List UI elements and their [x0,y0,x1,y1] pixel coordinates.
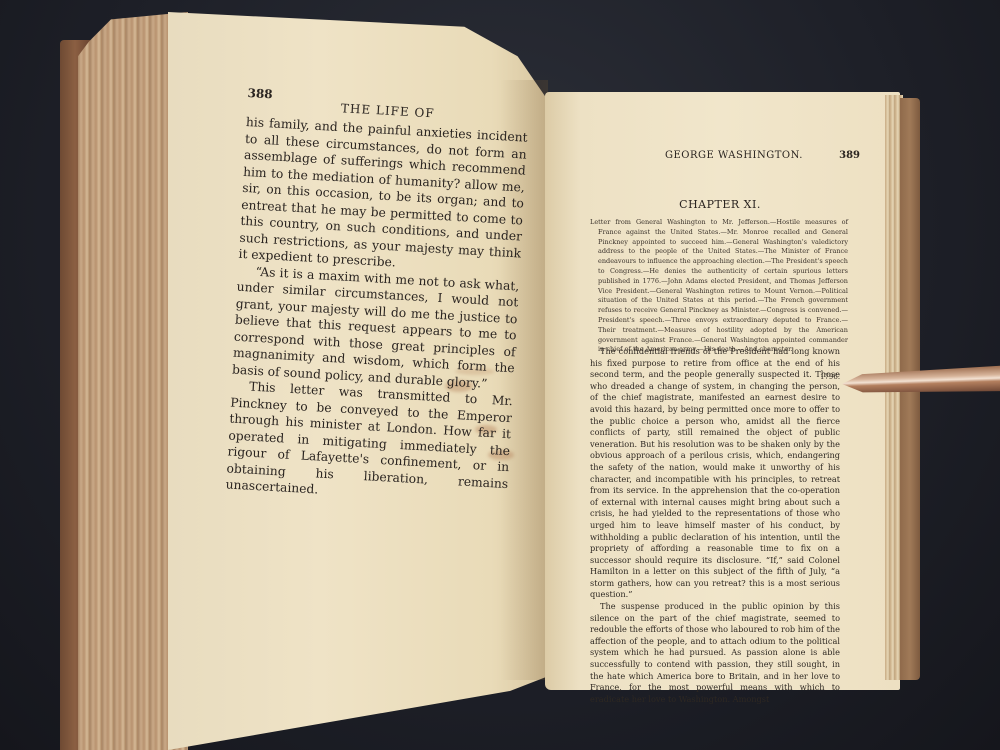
right-paragraph: The suspense produced in the public opin… [590,601,840,705]
right-running-head: GEORGE WASHINGTON. [665,150,803,161]
right-page-body: The confidential friends of the Presiden… [590,346,840,705]
left-paragraph: “As it is a maxim with me not to ask wha… [232,262,520,393]
chapter-title: CHAPTER XI. [555,198,885,211]
left-paragraph: This letter was transmitted to Mr. Pinck… [225,378,513,509]
right-paragraph: The confidential friends of the Presiden… [590,346,840,601]
left-page-text: 388 THE LIFE OF his family, and the pain… [225,86,529,509]
right-page-number: 389 [839,150,860,161]
right-header: GEORGE WASHINGTON. 389 [665,150,900,161]
chapter-summary: Letter from General Washington to Mr. Je… [590,218,848,355]
left-paragraph: his family, and the painful anxieties in… [238,114,528,278]
